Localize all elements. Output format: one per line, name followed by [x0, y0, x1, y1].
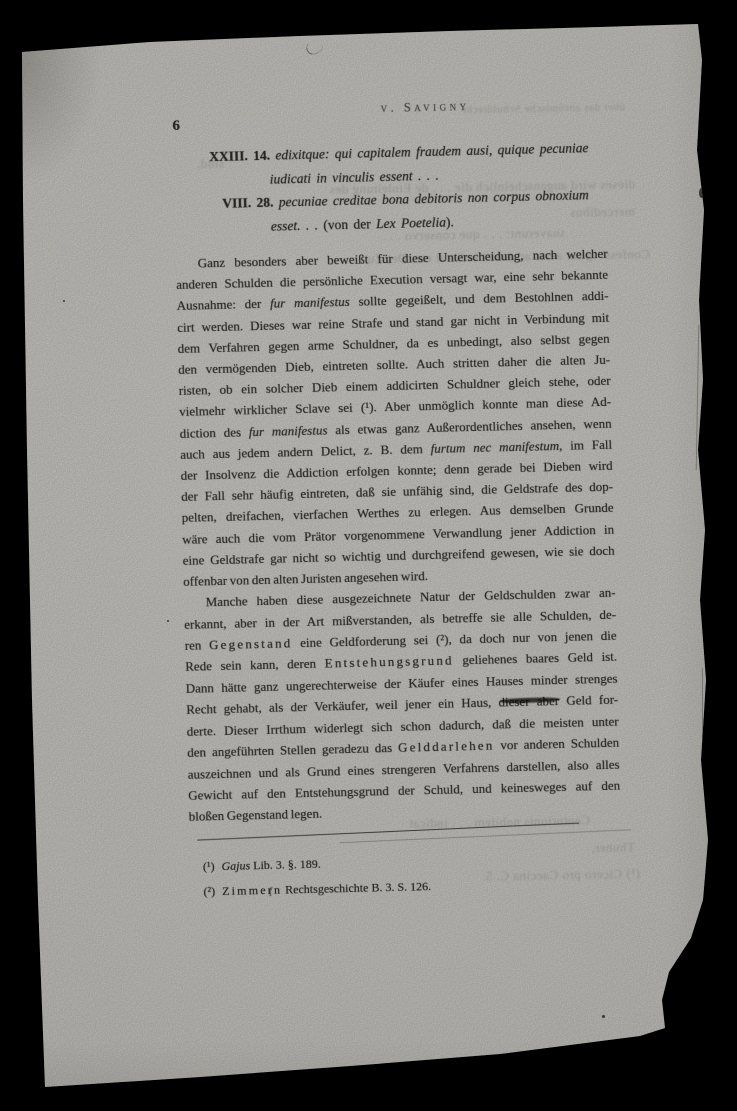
text-segment: esset. . .: [271, 217, 324, 233]
page-content: 6 v. Savigny XXIII. 14. edixitque: qui c…: [172, 96, 623, 905]
page-number: 6: [172, 118, 180, 135]
text-segment: offenbar von den alten Juristen angesehe…: [183, 568, 428, 589]
book-page: über das altrömische Schuldrechtsind,die…: [0, 0, 737, 1111]
text-segment: pecuniae creditae bona debitoris non cor…: [279, 187, 589, 209]
page-header: 6 v. Savigny: [172, 96, 604, 132]
text-segment: geliehenes baares Geld ist.: [454, 649, 618, 668]
text-segment: furtum nec manifestum: [431, 438, 560, 456]
text-segment: bloßen Gegenstand legen.: [189, 806, 323, 824]
text-segment: fur manifestus: [249, 422, 328, 439]
text-segment: , im Fall: [559, 437, 612, 453]
text-segment: Gajus: [221, 858, 250, 873]
scanner-background: über das altrömische Schuldrechtsind,die…: [0, 0, 737, 1111]
signature-mark: ſ: [268, 884, 272, 900]
text-segment: Entstehungsgrund: [325, 653, 454, 671]
text-segment: (²): [203, 884, 215, 898]
text-segment: Lib. 3. §. 189.: [250, 856, 321, 872]
top-edge-shadow: [14, 0, 724, 48]
text-segment: diction des: [180, 424, 249, 441]
text-segment: (von der: [323, 216, 376, 232]
corner-shadow: [18, 36, 168, 266]
ink-speck: [602, 1015, 605, 1018]
text-segment: fur manifestus: [270, 294, 350, 311]
right-edge-shadow: [667, 0, 737, 1111]
text-segment: auch aus jedem andern Delict, z. B. dem: [180, 441, 431, 462]
running-header: v. Savigny: [246, 96, 604, 119]
text-segment: Gegenstand: [209, 635, 293, 652]
paragraph-1: Ganz besonders aber beweißt für diese Un…: [175, 243, 615, 592]
ink-speck: [699, 188, 704, 198]
latin-quote-block: XXIII. 14. edixitque: qui capitalem frau…: [173, 136, 607, 240]
text-segment: VIII. 28.: [222, 195, 279, 211]
text-segment: Rechtsgeschichte B. 3. S. 126.: [282, 879, 431, 897]
ink-speck: [63, 300, 65, 302]
tear-mark: [304, 36, 326, 57]
paper-crease: [702, 668, 703, 760]
text-segment: ).: [446, 214, 454, 229]
text-segment: edixitque: qui capitalem fraudem ausi, q…: [275, 140, 588, 162]
text-segment: Zimmern: [222, 882, 282, 897]
text-segment: Lex Poetelia: [376, 214, 446, 231]
paragraph-2: Manche haben diese ausgezeichnete Natur …: [183, 582, 620, 828]
text-segment: iudicati in vinculis essent . . .: [270, 167, 439, 186]
text-segment: XXIII. 14.: [209, 148, 276, 165]
text-segment: Gelddarlehen: [398, 738, 495, 755]
text-segment: Rede sein kann, deren: [185, 656, 325, 674]
bottom-edge-shadow: [20, 1041, 720, 1101]
text-segment: (¹): [203, 859, 215, 873]
ink-speck: [167, 620, 169, 622]
text-segment: vor anderen Schulden: [494, 735, 619, 753]
text-segment: ren: [185, 637, 210, 653]
text-segment: Ausnahme: der: [177, 296, 271, 313]
text-segment: sollte gegeißelt, und dem Bestohlnen add…: [350, 288, 609, 309]
text-segment: den angeführten Stellen geradezu das: [187, 740, 398, 760]
